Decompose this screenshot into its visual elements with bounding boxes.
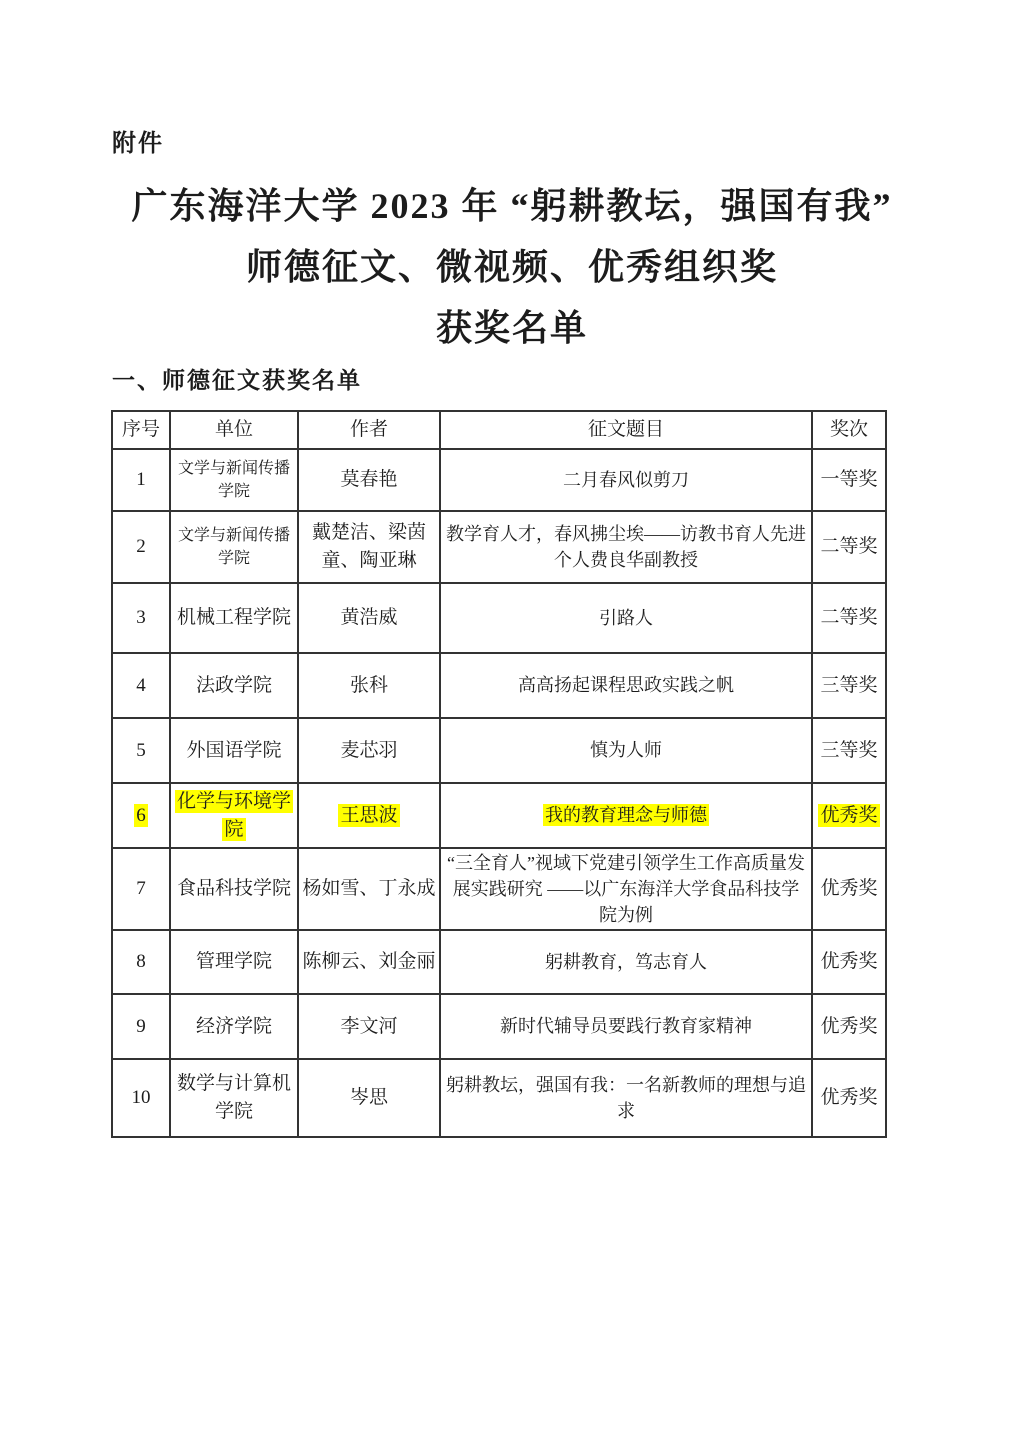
section-heading: 一、师德征文获奖名单 (112, 364, 362, 396)
table-row: 1文学与新闻传播学院莫春艳二月春风似剪刀一等奖 (112, 449, 886, 511)
award-cell-text: 优秀奖 (818, 804, 879, 827)
essay-title-cell: 引路人 (440, 583, 812, 653)
table-row: 6化学与环境学院王思波我的教育理念与师德优秀奖 (112, 783, 886, 848)
document-title-line1: 广东海洋大学 2023 年 “躬耕教坛，强国有我” (0, 176, 1024, 237)
essay-title-cell: 躬耕教坛，强国有我：一名新教师的理想与追求 (440, 1059, 812, 1137)
award-cell-text: 优秀奖 (820, 951, 877, 972)
award-cell-text: 二等奖 (820, 607, 877, 628)
authors-cell-text: 莫春艳 (340, 469, 397, 490)
award-cell: 三等奖 (812, 718, 886, 783)
unit-cell-text: 食品科技学院 (177, 878, 291, 899)
award-cell: 优秀奖 (812, 994, 886, 1059)
award-cell-text: 一等奖 (820, 469, 877, 490)
essay-title-cell: “三全育人”视域下党建引领学生工作高质量发展实践研究 ——以广东海洋大学食品科技… (440, 848, 812, 930)
award-cell: 三等奖 (812, 653, 886, 718)
essay-title-cell-text: 我的教育理念与师德 (543, 804, 709, 826)
authors-cell-text: 岑思 (350, 1087, 388, 1108)
unit-cell: 数学与计算机学院 (170, 1059, 298, 1137)
award-cell-text: 二等奖 (820, 536, 877, 557)
unit-cell-text: 文学与新闻传播学院 (178, 460, 290, 500)
unit-cell-text: 文学与新闻传播学院 (178, 527, 290, 567)
table-row: 9经济学院李文河新时代辅导员要践行教育家精神优秀奖 (112, 994, 886, 1059)
essay-title-cell-text: 引路人 (599, 608, 653, 628)
authors-cell: 麦芯羽 (298, 718, 440, 783)
row-number-cell: 2 (112, 511, 170, 583)
document-page: 附件 广东海洋大学 2023 年 “躬耕教坛，强国有我” 师德征文、微视频、优秀… (0, 0, 1024, 1448)
unit-cell: 法政学院 (170, 653, 298, 718)
row-number-cell: 8 (112, 930, 170, 994)
authors-cell: 黄浩威 (298, 583, 440, 653)
authors-cell-text: 戴楚洁、梁茵童、陶亚琳 (312, 522, 426, 571)
essay-title-cell: 躬耕教育，笃志育人 (440, 930, 812, 994)
award-cell-text: 优秀奖 (820, 1087, 877, 1108)
row-number-cell: 3 (112, 583, 170, 653)
table-header-cell: 征文题目 (440, 411, 812, 449)
authors-cell-text: 陈柳云、刘金丽 (302, 951, 435, 972)
essay-title-cell: 新时代辅导员要践行教育家精神 (440, 994, 812, 1059)
authors-cell: 杨如雪、丁永成 (298, 848, 440, 930)
row-number-cell: 1 (112, 449, 170, 511)
row-number-cell: 9 (112, 994, 170, 1059)
unit-cell: 食品科技学院 (170, 848, 298, 930)
document-title-line3: 获奖名单 (0, 298, 1024, 359)
award-cell-text: 优秀奖 (820, 1016, 877, 1037)
award-cell-text: 优秀奖 (820, 878, 877, 899)
row-number-cell-text: 6 (134, 804, 148, 827)
table-row: 4法政学院张科高高扬起课程思政实践之帆三等奖 (112, 653, 886, 718)
table-row: 7食品科技学院杨如雪、丁永成“三全育人”视域下党建引领学生工作高质量发展实践研究… (112, 848, 886, 930)
essay-title-cell: 慎为人师 (440, 718, 812, 783)
award-cell: 二等奖 (812, 583, 886, 653)
unit-cell: 外国语学院 (170, 718, 298, 783)
award-cell: 二等奖 (812, 511, 886, 583)
table-header-cell: 作者 (298, 411, 440, 449)
unit-cell-text: 机械工程学院 (177, 607, 291, 628)
essay-title-cell-text: 躬耕教育，笃志育人 (545, 952, 707, 972)
table-header-cell: 单位 (170, 411, 298, 449)
attachment-label: 附件 (112, 128, 164, 160)
awards-table: 序号单位作者征文题目奖次 1文学与新闻传播学院莫春艳二月春风似剪刀一等奖2文学与… (111, 410, 887, 1138)
unit-cell-text: 经济学院 (196, 1016, 272, 1037)
authors-cell: 莫春艳 (298, 449, 440, 511)
essay-title-cell-text: 躬耕教坛，强国有我：一名新教师的理想与追求 (446, 1075, 806, 1121)
essay-title-cell: 二月春风似剪刀 (440, 449, 812, 511)
table-row: 8管理学院陈柳云、刘金丽躬耕教育，笃志育人优秀奖 (112, 930, 886, 994)
unit-cell-text: 外国语学院 (186, 740, 281, 761)
unit-cell: 化学与环境学院 (170, 783, 298, 848)
essay-title-cell: 高高扬起课程思政实践之帆 (440, 653, 812, 718)
row-number-cell-text: 7 (136, 878, 146, 899)
unit-cell: 经济学院 (170, 994, 298, 1059)
authors-cell: 王思波 (298, 783, 440, 848)
row-number-cell: 4 (112, 653, 170, 718)
row-number-cell-text: 5 (136, 740, 146, 761)
unit-cell-text: 数学与计算机学院 (177, 1073, 291, 1122)
row-number-cell-text: 2 (136, 536, 146, 557)
awards-table-header-row: 序号单位作者征文题目奖次 (112, 411, 886, 449)
authors-cell-text: 麦芯羽 (340, 740, 397, 761)
authors-cell: 陈柳云、刘金丽 (298, 930, 440, 994)
authors-cell-text: 黄浩威 (340, 607, 397, 628)
document-title: 广东海洋大学 2023 年 “躬耕教坛，强国有我” 师德征文、微视频、优秀组织奖… (0, 176, 1024, 359)
row-number-cell-text: 4 (136, 675, 146, 696)
document-title-line2: 师德征文、微视频、优秀组织奖 (0, 237, 1024, 298)
essay-title-cell-text: 慎为人师 (590, 740, 662, 760)
award-cell: 优秀奖 (812, 848, 886, 930)
authors-cell-text: 李文河 (340, 1016, 397, 1037)
essay-title-cell-text: “三全育人”视域下党建引领学生工作高质量发展实践研究 ——以广东海洋大学食品科技… (447, 853, 805, 925)
unit-cell-text: 法政学院 (196, 675, 272, 696)
table-row: 10数学与计算机学院岑思躬耕教坛，强国有我：一名新教师的理想与追求优秀奖 (112, 1059, 886, 1137)
row-number-cell: 5 (112, 718, 170, 783)
unit-cell: 文学与新闻传播学院 (170, 511, 298, 583)
table-row: 5外国语学院麦芯羽慎为人师三等奖 (112, 718, 886, 783)
award-cell: 优秀奖 (812, 1059, 886, 1137)
authors-cell: 李文河 (298, 994, 440, 1059)
essay-title-cell: 我的教育理念与师德 (440, 783, 812, 848)
authors-cell: 张科 (298, 653, 440, 718)
authors-cell-text: 王思波 (338, 804, 399, 827)
unit-cell: 机械工程学院 (170, 583, 298, 653)
essay-title-cell-text: 高高扬起课程思政实践之帆 (518, 675, 734, 695)
row-number-cell-text: 10 (132, 1087, 151, 1108)
award-cell: 优秀奖 (812, 783, 886, 848)
row-number-cell: 7 (112, 848, 170, 930)
award-cell: 优秀奖 (812, 930, 886, 994)
essay-title-cell-text: 新时代辅导员要践行教育家精神 (500, 1016, 752, 1036)
award-cell-text: 三等奖 (820, 675, 877, 696)
authors-cell: 岑思 (298, 1059, 440, 1137)
authors-cell-text: 张科 (350, 675, 388, 696)
unit-cell-text: 管理学院 (196, 951, 272, 972)
row-number-cell-text: 9 (136, 1016, 146, 1037)
essay-title-cell-text: 教学育人才，春风拂尘埃——访教书育人先进个人费良华副教授 (446, 524, 806, 570)
row-number-cell: 10 (112, 1059, 170, 1137)
row-number-cell: 6 (112, 783, 170, 848)
essay-title-cell: 教学育人才，春风拂尘埃——访教书育人先进个人费良华副教授 (440, 511, 812, 583)
unit-cell-text: 化学与环境学院 (175, 790, 293, 841)
award-cell: 一等奖 (812, 449, 886, 511)
authors-cell-text: 杨如雪、丁永成 (302, 878, 435, 899)
row-number-cell-text: 3 (136, 607, 146, 628)
essay-title-cell-text: 二月春风似剪刀 (563, 470, 689, 490)
awards-table-body: 1文学与新闻传播学院莫春艳二月春风似剪刀一等奖2文学与新闻传播学院戴楚洁、梁茵童… (112, 449, 886, 1137)
table-row: 2文学与新闻传播学院戴楚洁、梁茵童、陶亚琳教学育人才，春风拂尘埃——访教书育人先… (112, 511, 886, 583)
unit-cell: 文学与新闻传播学院 (170, 449, 298, 511)
authors-cell: 戴楚洁、梁茵童、陶亚琳 (298, 511, 440, 583)
table-header-cell: 序号 (112, 411, 170, 449)
table-row: 3机械工程学院黄浩威引路人二等奖 (112, 583, 886, 653)
row-number-cell-text: 1 (136, 469, 146, 490)
award-cell-text: 三等奖 (820, 740, 877, 761)
table-header-cell: 奖次 (812, 411, 886, 449)
row-number-cell-text: 8 (136, 951, 146, 972)
unit-cell: 管理学院 (170, 930, 298, 994)
